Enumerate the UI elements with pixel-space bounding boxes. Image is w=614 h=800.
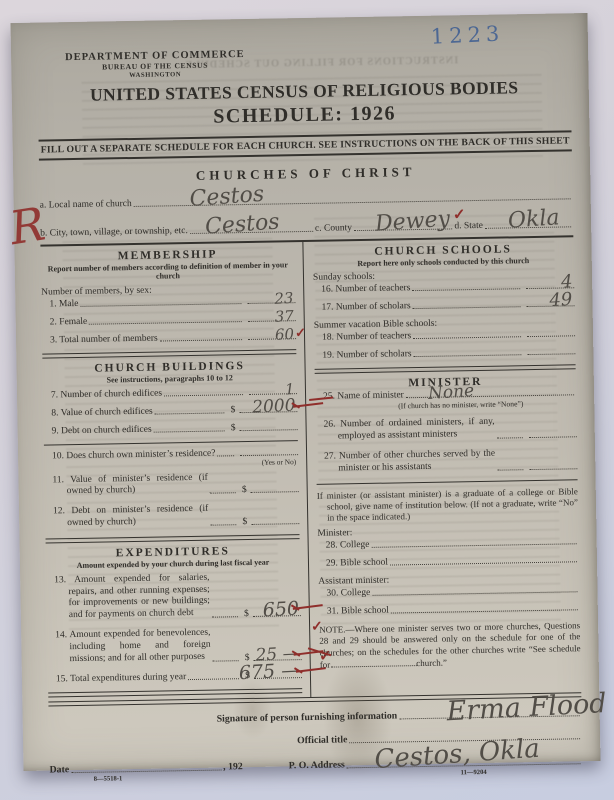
- dollar-sign: $: [244, 609, 249, 619]
- dotted-line: [188, 676, 239, 680]
- footer-block: Signature of person furnishing informati…: [49, 707, 583, 783]
- field-residence-value: 11. Value of minister’s residence (if ow…: [52, 471, 298, 499]
- minister-name-label: 25. Name of minister: [323, 391, 404, 402]
- census-schedule-page: INSTRUCTIONS FOR FILLING OUT SCHEDULE 12…: [11, 13, 601, 771]
- field-residence-debt: 12. Debt on minister’s residence (if own…: [53, 502, 299, 530]
- answer-line: [527, 334, 575, 338]
- field-total-members: 3. Total number of members 60 ✓: [50, 331, 296, 345]
- county-handwritten: Dewey: [374, 206, 450, 236]
- yes-or-no-note: (Yes or No): [262, 457, 297, 467]
- dotted-line: [71, 767, 221, 773]
- answer-line: [251, 489, 299, 493]
- dotted-line: [89, 319, 242, 325]
- field-ordained-assistants: 26. Number of ordained ministers, if any…: [323, 416, 576, 444]
- total-members-label: 3. Total number of members: [50, 334, 158, 346]
- single-rule: [44, 440, 298, 445]
- field-minister-college: 28. College: [326, 536, 579, 550]
- double-rule: [315, 365, 576, 375]
- assistant-college-label: 30. College: [326, 588, 370, 599]
- note-text: NOTE.—Where one minister serves two or m…: [319, 620, 581, 670]
- local-name-handwritten: Cestos: [189, 182, 265, 212]
- edifices-debt-label: 9. Debt on church edifices: [52, 424, 152, 436]
- total-members-value-handwritten: 60: [274, 325, 294, 344]
- city-label: b. City, town, village, or township, etc…: [40, 226, 188, 239]
- dotted-line: [330, 663, 416, 668]
- note-tail: church.”: [416, 657, 447, 668]
- male-value-handwritten: 23: [274, 289, 294, 308]
- membership-subheading: Report number of members according to de…: [41, 260, 295, 284]
- dotted-line: [154, 428, 225, 432]
- city-handwritten: Cestos: [204, 209, 280, 239]
- field-owns-residence: 10. Does church own minister’s residence…: [52, 447, 298, 461]
- dotted-line: [372, 589, 577, 596]
- right-column: CHURCH SCHOOLS Report here only schools …: [303, 237, 581, 697]
- dotted-line: [212, 614, 238, 617]
- dollar-sign: $: [230, 405, 235, 415]
- residence-debt-label: 12. Debt on minister’s residence (if own…: [53, 504, 209, 530]
- dotted-line: [160, 337, 242, 341]
- field-sunday-teachers: 16. Number of teachers 4: [321, 281, 574, 295]
- other-churches-label: 27. Number of other churches served by t…: [324, 449, 495, 476]
- field-summer-scholars: 19. Number of scholars: [322, 347, 575, 361]
- graduate-instruction: If minister (or assistant minister) is a…: [317, 486, 579, 524]
- double-rule: [46, 534, 300, 543]
- minister-college-label: 28. College: [326, 540, 370, 551]
- date-label: Date: [49, 764, 69, 775]
- field-assistant-bible-school: 31. Bible school: [327, 602, 580, 616]
- note-paragraph: ✓ NOTE.—Where one minister serves two or…: [319, 620, 581, 671]
- field-male: 1. Male 23: [49, 295, 295, 309]
- sunday-scholars-label: 17. Number of scholars: [321, 302, 410, 314]
- state-handwritten: Okla: [507, 205, 560, 234]
- benevolences-label: 14. Amount expended for benevolences, in…: [55, 628, 211, 666]
- form-number-right: 11—9204: [461, 769, 487, 776]
- answer-line: [240, 427, 298, 431]
- assistant-bible-school-label: 31. Bible school: [327, 605, 389, 616]
- dollar-sign: $: [231, 423, 236, 433]
- form-number-left: 8—5518-1: [94, 775, 123, 782]
- edifices-value-label: 8. Value of church edifices: [51, 406, 153, 418]
- dotted-line: [155, 410, 225, 414]
- summer-teachers-label: 18. Number of teachers: [322, 332, 411, 344]
- date-year-suffix: , 192: [223, 761, 243, 772]
- dotted-line: [412, 287, 520, 292]
- dotted-line: [164, 392, 243, 396]
- dotted-line: [80, 301, 241, 307]
- owns-residence-label: 10. Does church own minister’s residence…: [52, 448, 216, 461]
- summer-scholars-label: 19. Number of scholars: [322, 350, 411, 362]
- answer-line: [529, 466, 577, 470]
- field-other-churches: 27. Number of other churches served by t…: [324, 447, 577, 475]
- red-checkmark: ✓: [311, 618, 323, 636]
- total-expenditures-label: 15. Total expenditures during year: [56, 672, 186, 684]
- edifices-count-label: 7. Number of church edifices: [51, 388, 162, 400]
- signature-label: Signature of person furnishing informati…: [217, 710, 398, 724]
- single-rule: [317, 479, 578, 485]
- field-minister-bible-school: 29. Bible school: [326, 554, 579, 568]
- serial-number-stamp: 1223: [430, 22, 504, 49]
- two-column-body: MEMBERSHIP Report number of members acco…: [40, 235, 581, 701]
- dotted-line: [211, 522, 237, 525]
- denomination-heading: CHURCHES OF CHRIST: [39, 161, 572, 186]
- dollar-sign: $: [242, 485, 247, 495]
- answer-line: [251, 521, 299, 525]
- official-title-label: Official title: [297, 734, 348, 746]
- field-assistant-college: 30. College: [326, 584, 579, 598]
- running-expenses-label: 13. Amount expended for salaries, repair…: [54, 572, 210, 622]
- answer-line: [529, 434, 577, 438]
- female-value-handwritten: 37: [274, 307, 294, 326]
- double-rule: [48, 688, 302, 697]
- field-signature: Signature of person furnishing informati…: [217, 707, 582, 724]
- female-label: 2. Female: [50, 317, 88, 328]
- minister-name-handwritten: None: [427, 381, 474, 404]
- red-checkmark: ✓: [453, 205, 466, 224]
- banner-text: FILL OUT A SEPARATE SCHEDULE FOR EACH CH…: [41, 135, 570, 155]
- local-name-label: a. Local name of church: [40, 199, 132, 211]
- double-rule: [42, 349, 296, 358]
- dotted-line: [217, 453, 234, 456]
- field-local-name: a. Local name of church Cestos: [40, 191, 573, 210]
- answer-line: [240, 452, 298, 456]
- dotted-line: [371, 541, 576, 548]
- field-female: 2. Female 37: [50, 313, 296, 327]
- ordained-assistants-label: 26. Number of ordained ministers, if any…: [323, 417, 494, 444]
- field-sunday-scholars: 17. Number of scholars 49: [321, 299, 574, 313]
- banner-instruction: FILL OUT A SEPARATE SCHEDULE FOR EACH CH…: [39, 130, 572, 160]
- total-expenditures-handwritten: 675 —: [238, 659, 300, 684]
- field-edifices-value: 8. Value of church edifices $ 2000: [51, 404, 297, 418]
- minister-bible-school-label: 29. Bible school: [326, 557, 388, 568]
- dotted-line: [391, 607, 578, 613]
- dotted-line: [497, 435, 523, 438]
- dotted-line: [413, 305, 521, 310]
- sunday-scholars-handwritten: 49: [549, 289, 573, 311]
- dotted-line: [497, 467, 523, 470]
- red-checkmark: ✓: [295, 325, 306, 341]
- edifices-value-handwritten: 2000: [251, 395, 295, 417]
- field-running-expenses: 13. Amount expended for salaries, repair…: [54, 571, 301, 623]
- dollar-sign: $: [242, 517, 247, 527]
- county-label: c. County: [315, 223, 352, 234]
- field-summer-teachers: 18. Number of teachers: [322, 329, 575, 343]
- field-total-expenditures: 15. Total expenditures during year $ 675…: [56, 670, 302, 684]
- residence-value-label: 11. Value of minister’s residence (if ow…: [52, 472, 208, 498]
- dotted-line: [414, 353, 522, 358]
- field-edifices-debt: 9. Debt on church edifices $: [52, 422, 298, 436]
- left-column: MEMBERSHIP Report number of members acco…: [40, 242, 311, 702]
- dotted-line: [210, 491, 236, 494]
- po-address-label: P. O. Address: [289, 759, 345, 771]
- dotted-line: [213, 658, 239, 661]
- answer-line: [527, 352, 575, 356]
- sunday-teachers-label: 16. Number of teachers: [321, 284, 410, 296]
- male-label: 1. Male: [49, 299, 78, 310]
- dotted-line: [413, 335, 521, 340]
- dotted-line: [390, 559, 577, 565]
